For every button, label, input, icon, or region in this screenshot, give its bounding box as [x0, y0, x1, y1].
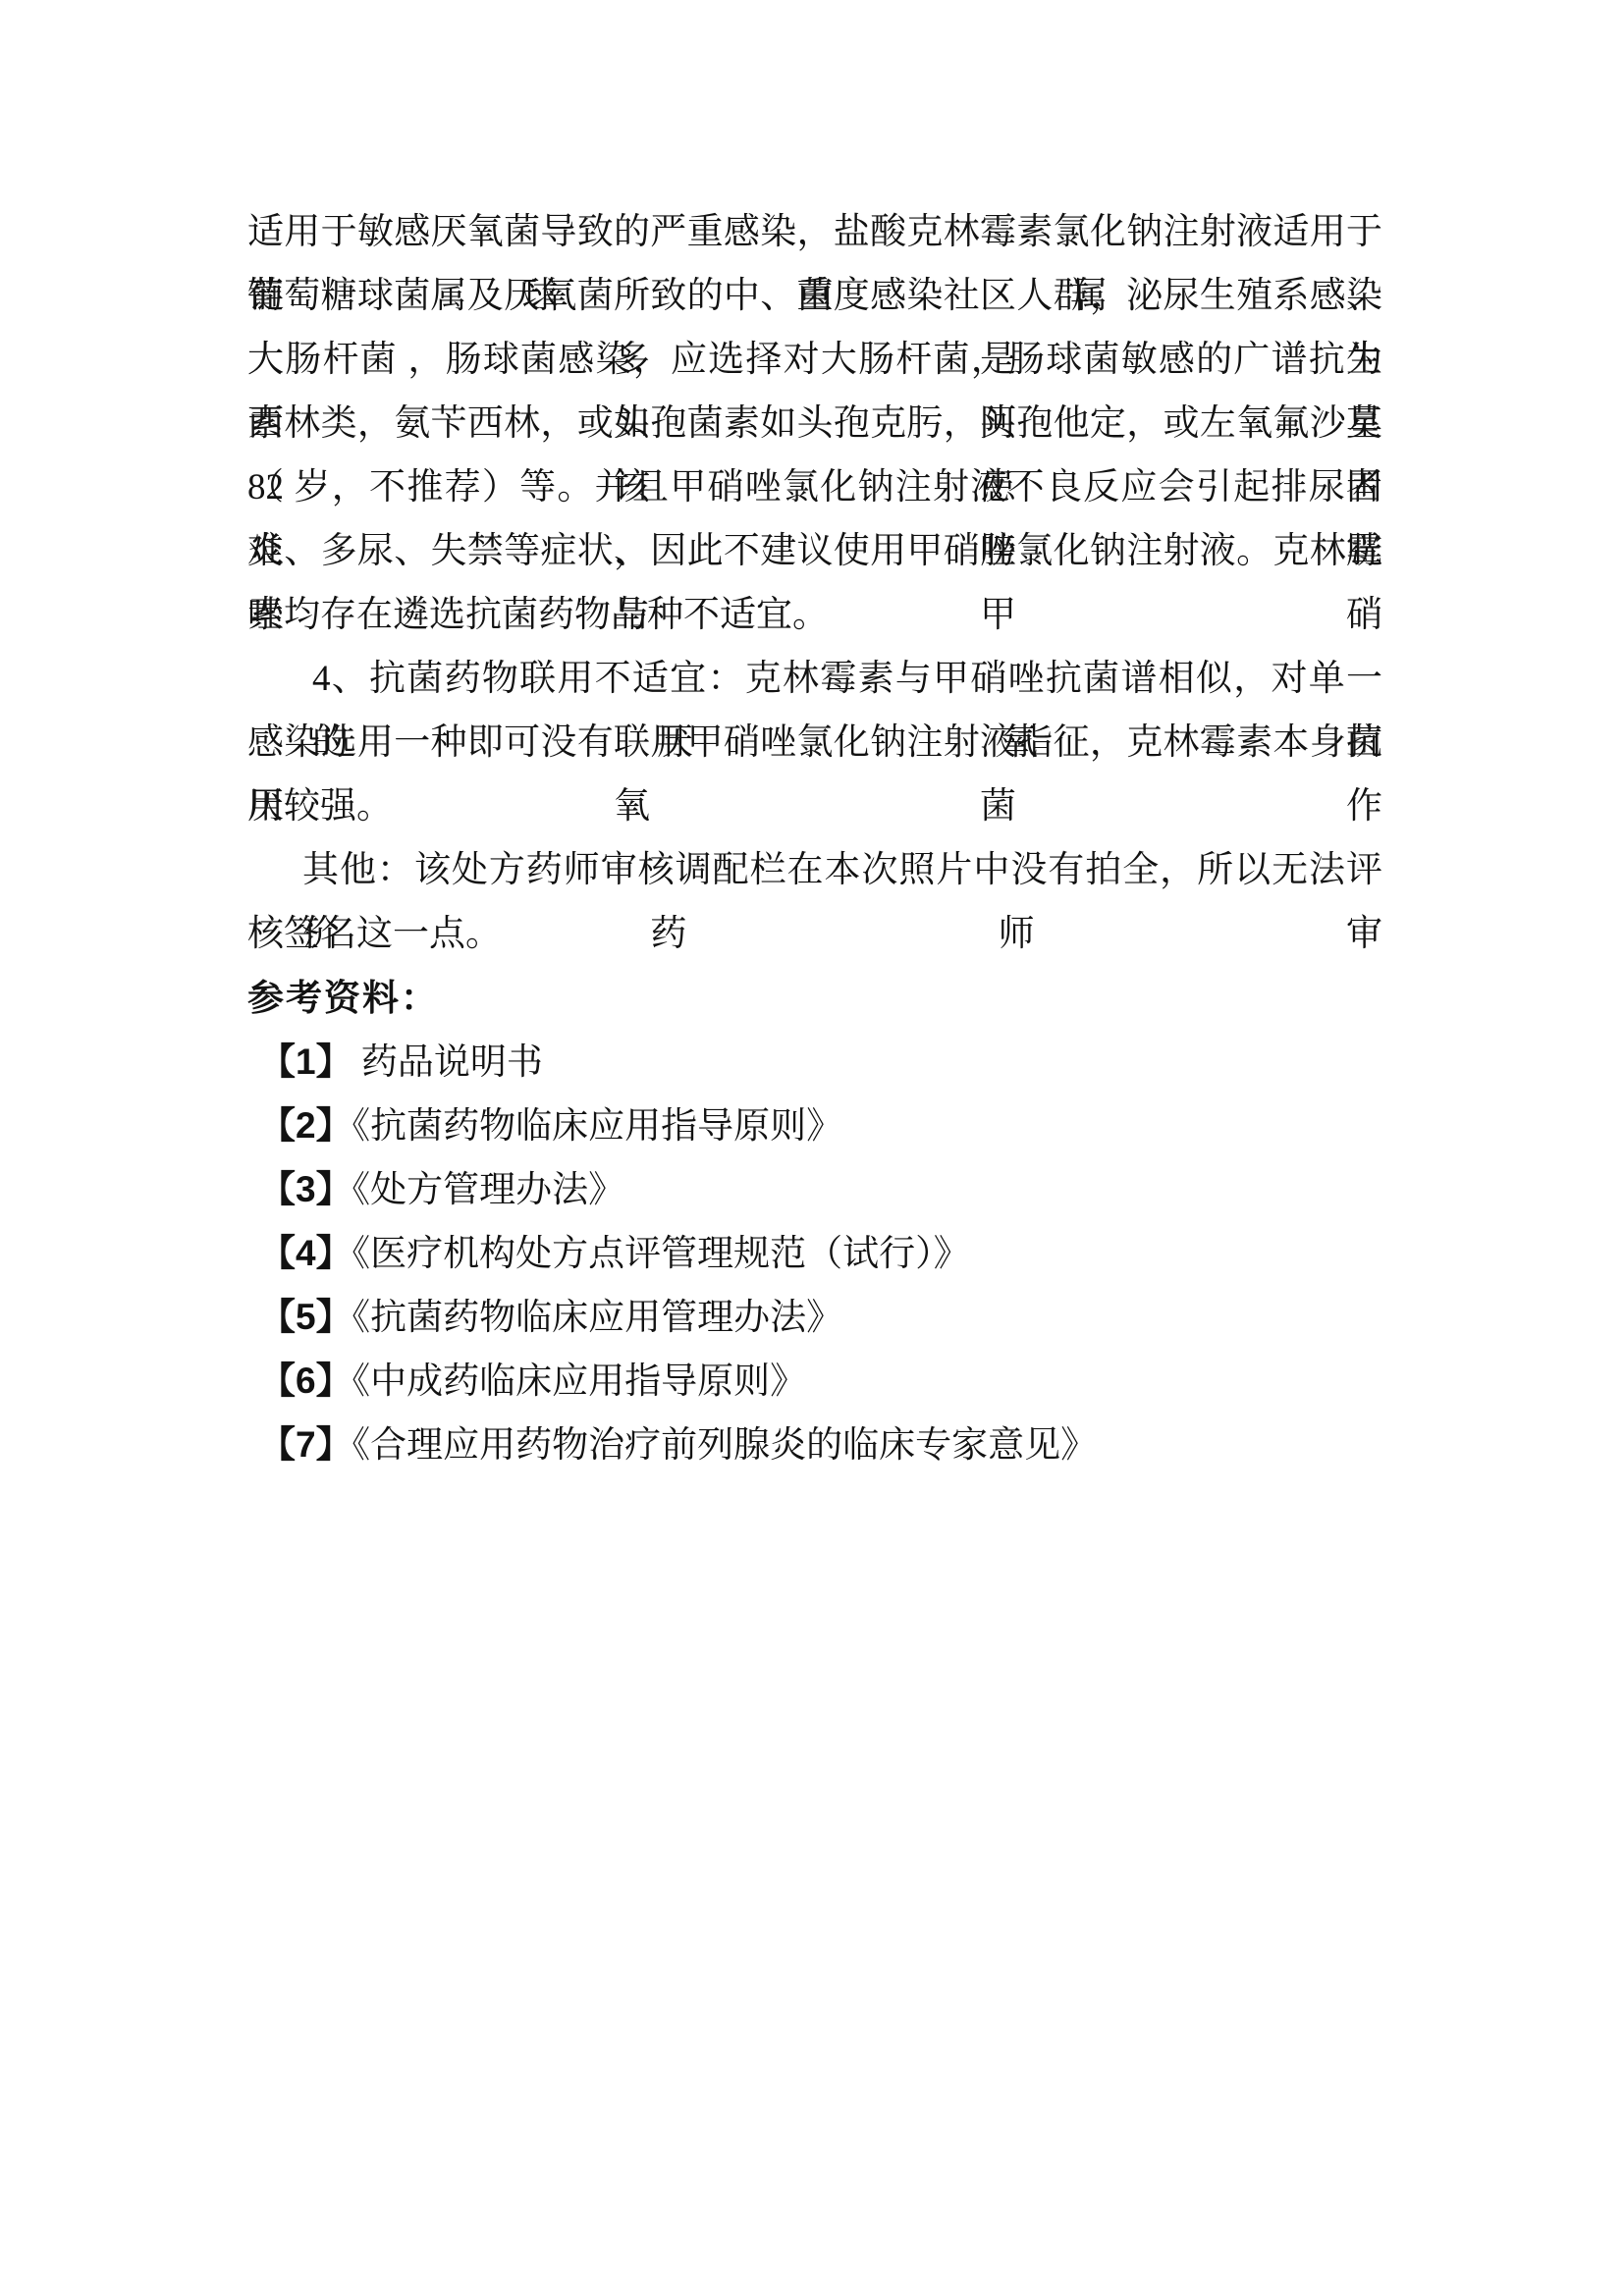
reference-item: 【5】《抗菌药物临床应用管理办法》	[247, 1285, 1382, 1349]
reference-title: 《医疗机构处方点评管理规范（试行）》	[352, 1234, 970, 1274]
reference-item: 【4】《医疗机构处方点评管理规范（试行）》	[247, 1221, 1382, 1285]
body-line: 其他：该处方药师审核调配栏在本次照片中没有拍全，所以无法评价药师审	[247, 838, 1382, 902]
reference-marker: 【2】	[259, 1105, 352, 1146]
references-heading: 参考资料：	[247, 966, 1382, 1030]
reference-title: 《处方管理办法》	[352, 1170, 625, 1210]
body-line: 82 岁，不推荐）等。并且甲硝唑氯化钠注射液不良反应会引起排尿困难、膀胱	[247, 455, 1382, 519]
reference-title: 《合理应用药物治疗前列腺炎的临床专家意见》	[352, 1425, 1098, 1466]
reference-title: 药品说明书	[352, 1042, 543, 1083]
reference-marker: 【5】	[259, 1297, 352, 1337]
body-line: 大肠杆菌 ，肠球菌感染，应选择对大肠杆菌，肠球菌敏感的广谱抗生素如阿莫	[247, 328, 1382, 392]
reference-title: 《抗菌药物临床应用指导原则》	[352, 1106, 843, 1147]
reference-marker: 【1】	[259, 1041, 352, 1082]
reference-item: 【7】《合理应用药物治疗前列腺炎的临床专家意见》	[247, 1413, 1382, 1476]
body-line: 西林类，氨苄西林，或头孢菌素如头孢克肟，头孢他定，或左氧氟沙星（该患者	[247, 392, 1382, 455]
reference-title: 《抗菌药物临床应用管理办法》	[352, 1298, 843, 1338]
reference-item: 【3】《处方管理办法》	[247, 1157, 1382, 1221]
reference-marker: 【3】	[259, 1169, 352, 1209]
body-line: 适用于敏感厌氧菌导致的严重感染，盐酸克林霉素氯化钠注射液适用于链球菌属、	[247, 200, 1382, 264]
body-line: 4、抗菌药物联用不适宜：克林霉素与甲硝唑抗菌谱相似，对单一的厌氧菌	[247, 647, 1382, 711]
body-line: 感染选用一种即可没有联用甲硝唑氯化钠注射液指征，克林霉素本身抗厌氧菌作	[247, 711, 1382, 774]
reference-marker: 【7】	[259, 1424, 352, 1465]
reference-marker: 【6】	[259, 1361, 352, 1401]
reference-item: 【2】《抗菌药物临床应用指导原则》	[247, 1094, 1382, 1157]
body-line: 葡萄糖球菌属及厌氧菌所致的中、重度感染社区人群，泌尿生殖系感染大多是为	[247, 264, 1382, 328]
reference-item: 【6】《中成药临床应用指导原则》	[247, 1349, 1382, 1413]
text-content: 适用于敏感厌氧菌导致的严重感染，盐酸克林霉素氯化钠注射液适用于链球菌属、 葡萄糖…	[247, 200, 1382, 1476]
body-line: 炎、多尿、失禁等症状，因此不建议使用甲硝唑氯化钠注射液。克林霉素与甲硝	[247, 519, 1382, 583]
document-page: 适用于敏感厌氧菌导致的严重感染，盐酸克林霉素氯化钠注射液适用于链球菌属、 葡萄糖…	[0, 0, 1624, 2296]
reference-marker: 【4】	[259, 1233, 352, 1273]
reference-title: 《中成药临床应用指导原则》	[352, 1362, 807, 1402]
reference-item: 【1】 药品说明书	[247, 1030, 1382, 1094]
